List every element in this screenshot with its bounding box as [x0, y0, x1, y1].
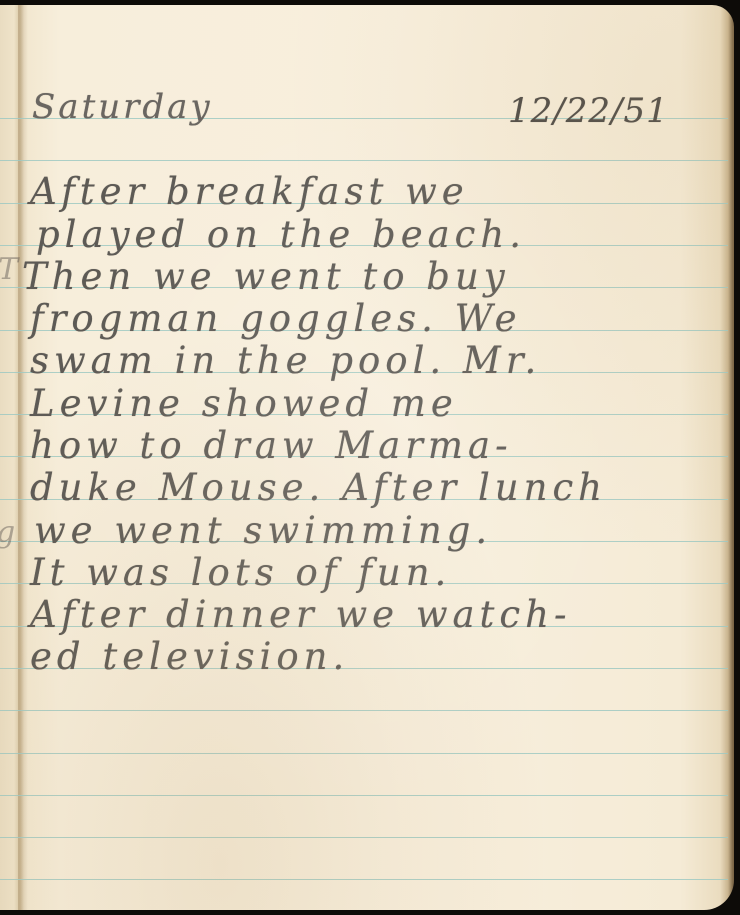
- diary-line: ed television.: [30, 635, 349, 678]
- ruled-line: [0, 879, 728, 880]
- diary-line: swam in the pool. Mr.: [30, 339, 541, 382]
- diary-line: played on the beach.: [36, 213, 526, 256]
- diary-line: we went swimming.: [34, 509, 492, 552]
- ruled-line: [0, 160, 728, 161]
- margin-bleed-mark: g: [0, 515, 15, 550]
- diary-line: After breakfast we: [30, 170, 469, 213]
- diary-page: Saturday 12/22/51 After breakfast we pla…: [0, 5, 734, 910]
- ruled-line: [0, 710, 728, 711]
- diary-line: It was lots of fun.: [30, 551, 451, 594]
- ruled-line: [0, 795, 728, 796]
- diary-day-heading: Saturday: [32, 87, 213, 127]
- diary-line: After dinner we watch-: [30, 593, 571, 636]
- ruled-line: [0, 837, 728, 838]
- binding-shadow: [18, 5, 28, 910]
- diary-line: how to draw Marma-: [30, 424, 513, 467]
- diary-date: 12/22/51: [508, 91, 669, 131]
- diary-line: Then we went to buy: [22, 255, 510, 298]
- margin-bleed-mark: T: [0, 252, 18, 287]
- diary-line: duke Mouse. After lunch: [30, 466, 607, 509]
- diary-line: frogman goggles. We: [30, 297, 522, 340]
- ruled-line: [0, 753, 728, 754]
- diary-line: Levine showed me: [30, 382, 458, 425]
